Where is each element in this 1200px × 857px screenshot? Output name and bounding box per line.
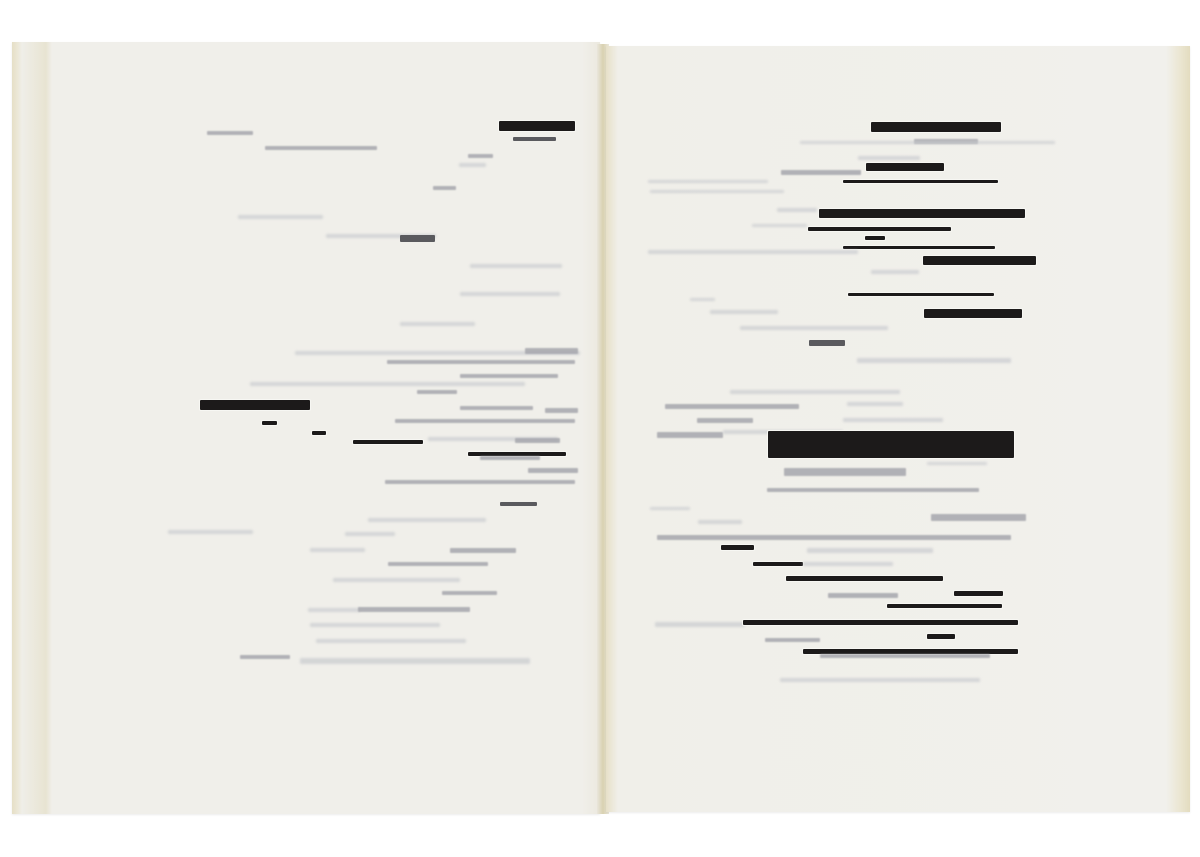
redaction-bar <box>858 156 920 160</box>
redaction-bar <box>808 227 951 231</box>
redaction-bar <box>784 468 906 476</box>
redaction-bar <box>865 236 885 240</box>
redaction-bar <box>820 654 990 658</box>
redaction-bar <box>730 390 900 394</box>
redaction-bar <box>828 593 898 598</box>
redaction-bar <box>648 250 858 254</box>
redaction-bar <box>388 562 488 566</box>
redaction-bar <box>931 514 1026 521</box>
redaction-bar <box>460 406 533 410</box>
redaction-bar <box>768 431 1014 458</box>
redaction-bar <box>470 264 562 268</box>
right-page <box>606 46 1190 812</box>
redaction-bar <box>767 488 979 492</box>
redaction-bar <box>310 548 365 552</box>
redaction-bar <box>238 215 323 219</box>
redaction-bar <box>207 131 253 135</box>
redaction-bar <box>927 634 955 639</box>
redaction-bar <box>927 462 987 465</box>
redaction-bar <box>316 639 466 643</box>
redaction-bar <box>721 545 754 550</box>
redaction-bar <box>310 623 440 627</box>
redaction-bar <box>545 408 578 413</box>
redaction-bar <box>752 224 807 227</box>
redaction-bar <box>777 208 817 212</box>
redaction-bar <box>690 298 715 301</box>
redaction-bar <box>923 256 1036 265</box>
redaction-bar <box>697 418 753 423</box>
redaction-bar <box>843 180 998 183</box>
redaction-bar <box>871 122 1001 132</box>
redaction-bar <box>395 419 575 423</box>
redaction-bar <box>786 576 943 581</box>
redaction-bar <box>698 520 742 524</box>
redaction-bar <box>400 322 475 326</box>
redaction-bar <box>648 180 768 183</box>
redaction-bar <box>843 246 995 249</box>
redaction-bar <box>450 548 516 553</box>
redaction-bar <box>433 186 456 190</box>
redaction-bar <box>358 607 470 612</box>
redaction-bar <box>333 578 460 582</box>
redaction-bar <box>857 358 1011 363</box>
redaction-bar <box>460 374 558 378</box>
redaction-bar <box>353 440 423 444</box>
redaction-bar <box>765 638 820 642</box>
left-page <box>12 42 600 814</box>
redaction-bar <box>807 548 933 553</box>
redaction-bar <box>240 655 290 659</box>
redaction-bar <box>847 402 903 406</box>
redaction-bar <box>385 480 575 484</box>
redaction-bar <box>655 622 745 627</box>
redaction-bar <box>809 340 845 346</box>
redaction-bar <box>866 163 944 171</box>
redaction-bar <box>300 658 530 664</box>
redaction-bar <box>843 418 943 422</box>
redaction-bar <box>819 209 1025 218</box>
redaction-bar <box>800 141 1055 144</box>
redaction-bar <box>650 507 690 510</box>
redaction-bar <box>250 382 525 386</box>
redaction-bar <box>513 137 556 141</box>
redaction-bar <box>740 326 888 330</box>
redaction-bar <box>262 421 277 425</box>
redaction-bar <box>665 404 799 409</box>
redaction-bar <box>954 591 1003 596</box>
redaction-bar <box>400 235 435 242</box>
redaction-bar <box>753 562 803 566</box>
redaction-bar <box>345 532 395 536</box>
redaction-bar <box>780 678 980 682</box>
redaction-bar <box>743 620 1018 625</box>
redaction-bar <box>657 535 1011 540</box>
redaction-bar <box>781 170 861 175</box>
redaction-bar <box>480 456 540 460</box>
redaction-bar <box>200 400 310 410</box>
redaction-bar <box>168 530 253 534</box>
redaction-bar <box>417 390 457 394</box>
redaction-bar <box>459 163 486 167</box>
redaction-bar <box>528 468 578 473</box>
redaction-bar <box>460 292 560 296</box>
redaction-bar <box>871 270 919 274</box>
redaction-bar <box>650 190 784 193</box>
redaction-bar <box>657 432 723 438</box>
redaction-bar <box>515 438 560 443</box>
redaction-bar <box>525 348 578 354</box>
redaction-bar <box>924 309 1022 318</box>
redaction-bar <box>848 293 994 296</box>
open-book <box>0 0 1200 857</box>
redaction-bar <box>803 562 893 566</box>
redaction-bar <box>442 591 497 595</box>
redaction-bar <box>710 310 778 314</box>
redaction-bar <box>500 502 537 506</box>
redaction-bar <box>387 360 575 364</box>
redaction-bar <box>499 121 575 131</box>
redaction-bar <box>308 608 360 612</box>
redaction-bar <box>887 604 1002 608</box>
redaction-bar <box>312 431 326 435</box>
redaction-bar <box>468 154 493 158</box>
redaction-bar <box>368 518 486 522</box>
redaction-bar <box>265 146 377 150</box>
